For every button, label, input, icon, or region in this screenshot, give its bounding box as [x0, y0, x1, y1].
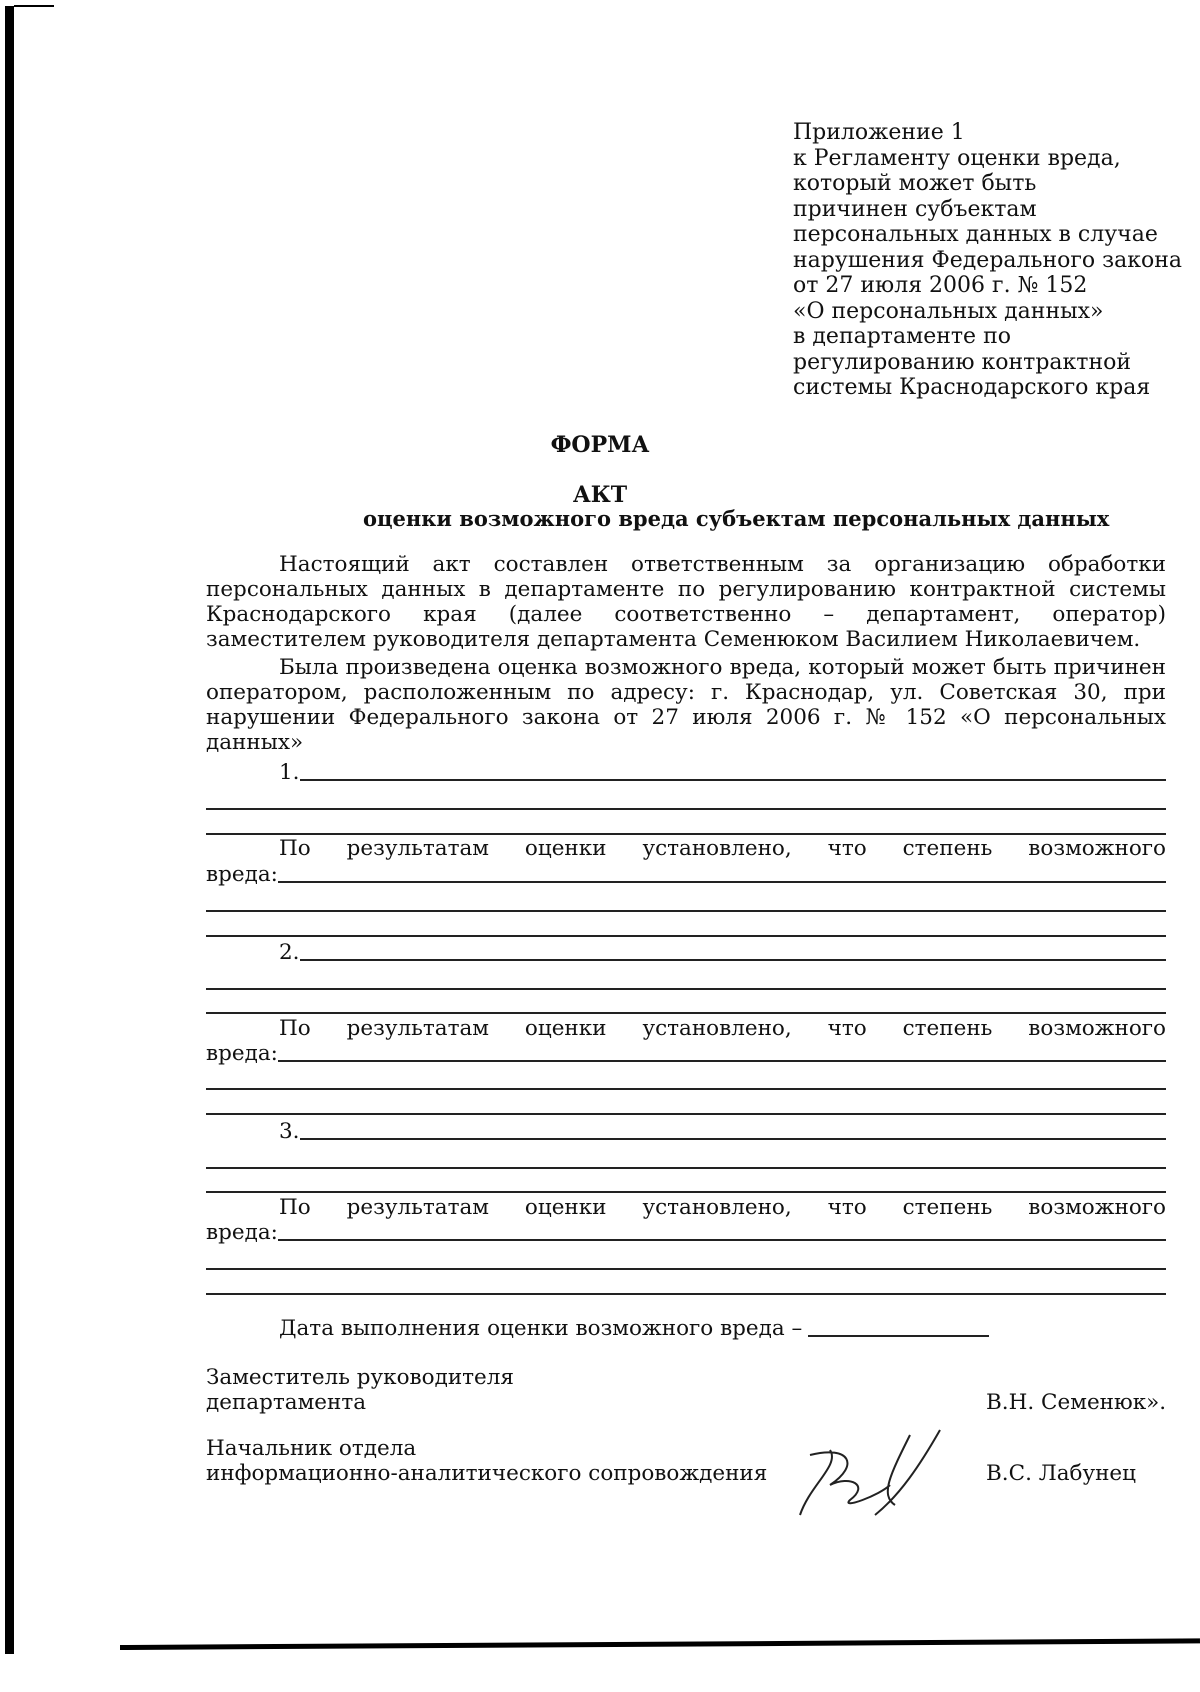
- annex-line: нарушения Федерального закона: [793, 248, 1182, 274]
- word: По: [279, 1195, 311, 1220]
- word: возможного: [1028, 1016, 1166, 1041]
- item-2-row: 2.: [279, 940, 1166, 965]
- annex-line: системы Краснодарского края: [793, 375, 1182, 401]
- word: степень: [903, 1195, 993, 1220]
- scan-border-bottom: [120, 1638, 1200, 1650]
- word: установлено,: [642, 1016, 791, 1041]
- item-3-harm-field[interactable]: [278, 1239, 1166, 1241]
- annex-line: «О персональных данных»: [793, 299, 1182, 325]
- item-1-result-line: Порезультатамоценкиустановлено,чтостепен…: [206, 836, 1166, 861]
- item-1-row: 1.: [279, 760, 1166, 785]
- blank-line[interactable]: [206, 1293, 1166, 1295]
- word: степень: [903, 1016, 993, 1041]
- paragraph-assessment: Была произведена оценка возможного вреда…: [206, 655, 1166, 755]
- date-label: Дата выполнения оценки возможного вреда …: [279, 1316, 802, 1341]
- date-row: Дата выполнения оценки возможного вреда …: [279, 1316, 989, 1341]
- position: департамента: [206, 1390, 514, 1415]
- position: информационно-аналитического сопровожден…: [206, 1461, 767, 1486]
- harm-label: вреда:: [206, 1041, 278, 1066]
- word: возможного: [1028, 836, 1166, 861]
- date-field[interactable]: [808, 1335, 989, 1337]
- document-title: АКТ: [0, 482, 1200, 508]
- annex-block: Приложение 1к Регламенту оценки вреда,ко…: [793, 120, 1182, 401]
- blank-line[interactable]: [206, 935, 1166, 937]
- handwritten-signature-icon: [780, 1425, 955, 1525]
- signer-name: В.С. Лабунец: [986, 1461, 1136, 1486]
- annex-line: персональных данных в случае: [793, 222, 1182, 248]
- blank-line[interactable]: [206, 988, 1166, 990]
- item-1-harm-row: вреда:: [206, 862, 1166, 887]
- annex-line: в департаменте по: [793, 324, 1182, 350]
- word: оценки: [525, 836, 607, 861]
- word: что: [828, 836, 867, 861]
- scan-border-left: [5, 6, 14, 1654]
- annex-line: который может быть: [793, 171, 1182, 197]
- word: оценки: [525, 1195, 607, 1220]
- signature-deputy: Заместитель руководителя департамента: [206, 1365, 514, 1415]
- annex-line: причинен субъектам: [793, 197, 1182, 223]
- item-2-harm-row: вреда:: [206, 1041, 1166, 1066]
- position: Заместитель руководителя: [206, 1365, 514, 1390]
- blank-line[interactable]: [206, 1268, 1166, 1270]
- word: оценки: [525, 1016, 607, 1041]
- harm-label: вреда:: [206, 1220, 278, 1245]
- blank-line[interactable]: [206, 1012, 1166, 1014]
- word: степень: [903, 836, 993, 861]
- signature-head: Начальник отдела информационно-аналитиче…: [206, 1436, 767, 1486]
- blank-line[interactable]: [206, 808, 1166, 810]
- blank-line[interactable]: [206, 1113, 1166, 1115]
- item-number: 1.: [279, 760, 300, 785]
- blank-line[interactable]: [206, 1088, 1166, 1090]
- annex-line: регулированию контрактной: [793, 350, 1182, 376]
- blank-line[interactable]: [206, 1191, 1166, 1193]
- word: По: [279, 1016, 311, 1041]
- item-2-field[interactable]: [300, 959, 1166, 961]
- word: результатам: [347, 1016, 489, 1041]
- word: что: [828, 1016, 867, 1041]
- word: что: [828, 1195, 867, 1220]
- position: Начальник отдела: [206, 1436, 767, 1461]
- item-1-field[interactable]: [300, 779, 1166, 781]
- paragraph-intro: Настоящий акт составлен ответственным за…: [206, 552, 1166, 652]
- form-label: ФОРМА: [0, 432, 1200, 458]
- item-2-harm-field[interactable]: [278, 1060, 1166, 1062]
- item-1-harm-field[interactable]: [278, 881, 1166, 883]
- item-2-result-line: Порезультатамоценкиустановлено,чтостепен…: [206, 1016, 1166, 1041]
- harm-label: вреда:: [206, 862, 278, 887]
- word: установлено,: [642, 1195, 791, 1220]
- annex-line: к Регламенту оценки вреда,: [793, 146, 1182, 172]
- scan-border-top: [14, 5, 54, 7]
- word: По: [279, 836, 311, 861]
- document-subtitle: оценки возможного вреда субъектам персон…: [363, 506, 1109, 531]
- item-3-row: 3.: [279, 1119, 1166, 1144]
- word: установлено,: [642, 836, 791, 861]
- blank-line[interactable]: [206, 1167, 1166, 1169]
- annex-line: Приложение 1: [793, 120, 1182, 146]
- item-3-result-line: Порезультатамоценкиустановлено,чтостепен…: [206, 1195, 1166, 1220]
- annex-line: от 27 июля 2006 г. № 152: [793, 273, 1182, 299]
- item-3-harm-row: вреда:: [206, 1220, 1166, 1245]
- item-number: 2.: [279, 940, 300, 965]
- word: результатам: [347, 836, 489, 861]
- signer-name: В.Н. Семенюк».: [986, 1390, 1166, 1415]
- blank-line[interactable]: [206, 833, 1166, 835]
- item-number: 3.: [279, 1119, 300, 1144]
- word: возможного: [1028, 1195, 1166, 1220]
- blank-line[interactable]: [206, 910, 1166, 912]
- word: результатам: [347, 1195, 489, 1220]
- item-3-field[interactable]: [300, 1138, 1166, 1140]
